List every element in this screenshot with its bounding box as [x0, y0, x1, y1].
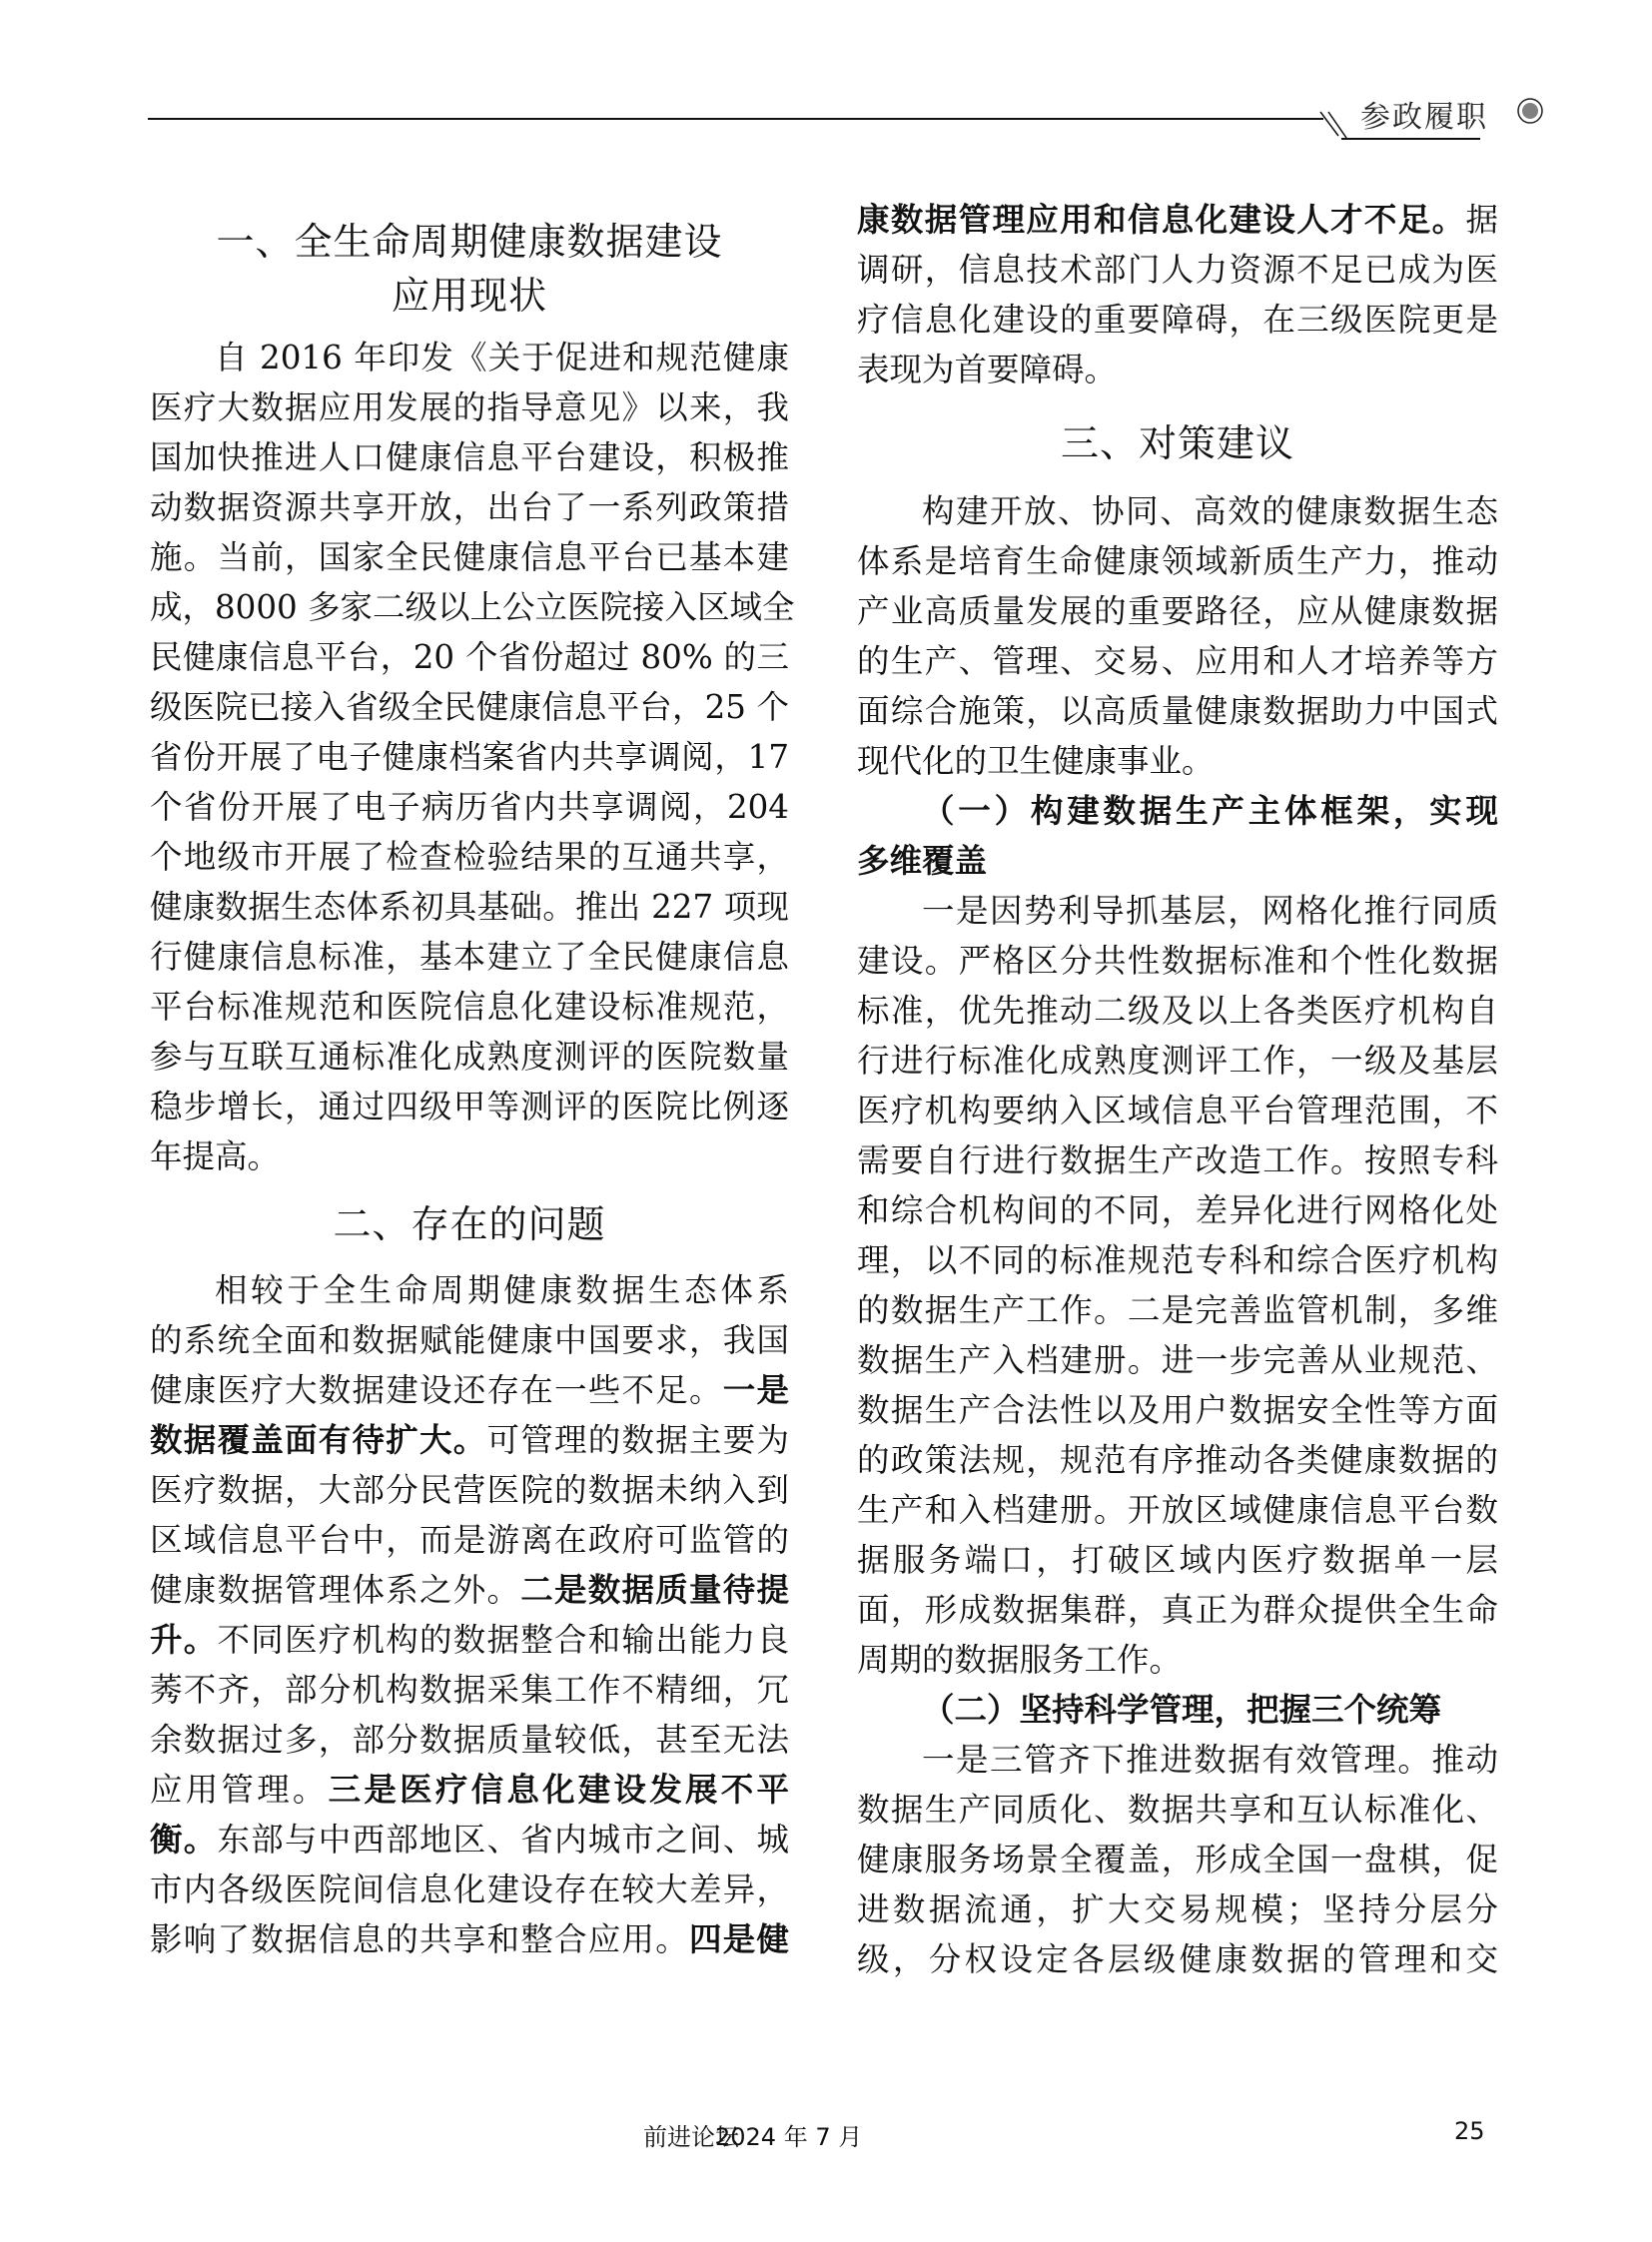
- text-line: 一是三管齐下推进数据有效管理。推动: [857, 1735, 1498, 1785]
- text-line: 级，分权设定各层级健康数据的管理和交: [857, 1934, 1498, 1984]
- text-line: 需要自行进行数据生产改造工作。按照专科: [857, 1135, 1498, 1185]
- text-line: 行健康信息标准，基本建立了全民健康信息: [150, 932, 789, 982]
- text-line: 数据生产入档建册。进一步完善从业规范、: [857, 1335, 1498, 1385]
- issue-date: 2024 年 7 月: [715, 2117, 862, 2152]
- emphasis-text: 康数据管理应用和信息化建设人才不足。: [857, 201, 1465, 239]
- text-line: 体系是培育生命健康领域新质生产力，推动: [857, 536, 1498, 586]
- text-line: 和综合机构间的不同，差异化进行网格化处: [857, 1185, 1498, 1235]
- emphasis-text: 数据覆盖面有待扩大。: [150, 1421, 486, 1459]
- text-line: 面，形成数据集群，真正为群众提供全生命: [857, 1585, 1498, 1635]
- page-footer: 前进论坛 2024 年 7 月 25: [0, 2117, 1652, 2157]
- text-line: 表现为首要障碍。: [857, 345, 1498, 394]
- text-line: 康数据管理应用和信息化建设人才不足。据: [857, 195, 1498, 245]
- text-line: 衡。东部与中西部地区、省内城市之间、城: [150, 1815, 789, 1865]
- text-line: 一是因势利导抓基层，网格化推行同质: [857, 886, 1498, 936]
- text-line: 数据生产同质化、数据共享和互认标准化、: [857, 1785, 1498, 1835]
- text-line: 省份开展了电子健康档案省内共享调阅，17: [150, 732, 789, 782]
- text-line: 的政策法规，规范有序推动各类健康数据的: [857, 1435, 1498, 1485]
- section3-title: 三、对策建议: [857, 416, 1498, 470]
- text-line: 健康医疗大数据建设还存在一些不足。一是: [150, 1365, 789, 1415]
- text-line: 个省份开展了电子病历省内共享调阅，204: [150, 782, 789, 832]
- text-line: 医疗数据，大部分民营医院的数据未纳入到: [150, 1465, 789, 1515]
- text-line: 参与互联互通标准化成熟度测评的医院数量: [150, 1032, 789, 1082]
- text-line: 莠不齐，部分机构数据采集工作不精细，冗: [150, 1665, 789, 1715]
- text-line: 健康服务场景全覆盖，形成全国一盘棋，促: [857, 1835, 1498, 1884]
- section2-title: 二、存在的问题: [150, 1197, 789, 1251]
- text-line: 调研，信息技术部门人力资源不足已成为医: [857, 245, 1498, 295]
- text-line: 建设。严格区分共性数据标准和个性化数据: [857, 936, 1498, 986]
- text-line: 健康数据生态体系初具基础。推出 227 项现: [150, 882, 789, 932]
- text-line: 理，以不同的标准规范专科和综合医疗机构: [857, 1235, 1498, 1285]
- text-line: 应用管理。三是医疗信息化建设发展不平: [150, 1765, 789, 1815]
- text-line: 标准，优先推动二级及以上各类医疗机构自: [857, 986, 1498, 1036]
- right-column: 康数据管理应用和信息化建设人才不足。据调研，信息技术部门人力资源不足已成为医疗信…: [857, 195, 1498, 1984]
- text-line: 余数据过多，部分数据质量较低，甚至无法: [150, 1715, 789, 1765]
- target-circle-icon: [1515, 96, 1545, 126]
- text-line: 年提高。: [150, 1131, 789, 1181]
- text-line: 相较于全生命周期健康数据生态体系: [150, 1265, 789, 1315]
- text-line: 据服务端口，打破区域内医疗数据单一层: [857, 1535, 1498, 1585]
- text-line: 个地级市开展了检查检验结果的互通共享，: [150, 832, 789, 882]
- emphasis-text: 四是健: [689, 1920, 789, 1958]
- header-rule-graphic: [0, 0, 1652, 160]
- subsection1-paragraph: 一是因势利导抓基层，网格化推行同质 建设。严格区分共性数据标准和个性化数据 标准…: [857, 886, 1498, 1685]
- text-line: 自 2016 年印发《关于促进和规范健康: [150, 333, 789, 382]
- text-line: 的系统全面和数据赋能健康中国要求，我国: [150, 1315, 789, 1365]
- text-line: 面综合施策，以高质量健康数据助力中国式: [857, 686, 1498, 736]
- text-line: 健康数据管理体系之外。二是数据质量待提: [150, 1565, 789, 1615]
- continuation-paragraph: 康数据管理应用和信息化建设人才不足。据调研，信息技术部门人力资源不足已成为医疗信…: [857, 195, 1498, 394]
- subsection2-title: （二）坚持科学管理，把握三个统筹: [857, 1685, 1498, 1735]
- section1-title-line1: 一、全生命周期健康数据建设: [150, 215, 789, 269]
- text-line: 医疗机构要纳入区域信息平台管理范围，不: [857, 1086, 1498, 1135]
- text-line: 的数据生产工作。二是完善监管机制，多维: [857, 1285, 1498, 1335]
- text-line: 动数据资源共享开放，出台了一系列政策措: [150, 482, 789, 532]
- text-line: 升。不同医疗机构的数据整合和输出能力良: [150, 1615, 789, 1665]
- section1-title-line2: 应用现状: [150, 269, 789, 323]
- text-line: 的生产、管理、交易、应用和人才培养等方: [857, 636, 1498, 686]
- text-line: 成，8000 多家二级以上公立医院接入区域全: [150, 582, 789, 632]
- text-line: 进数据流通，扩大交易规模；坚持分层分: [857, 1884, 1498, 1934]
- text-line: 数据覆盖面有待扩大。可管理的数据主要为: [150, 1415, 789, 1465]
- text-line: 施。当前，国家全民健康信息平台已基本建: [150, 532, 789, 582]
- emphasis-text: 二是数据质量待提: [520, 1571, 789, 1609]
- text-line: 现代化的卫生健康事业。: [857, 736, 1498, 786]
- text-line: 平台标准规范和医院信息化建设标准规范，: [150, 982, 789, 1032]
- section1-paragraph: 自 2016 年印发《关于促进和规范健康 医疗大数据应用发展的指导意见》以来，我…: [150, 333, 789, 1181]
- emphasis-text: 三是医疗信息化建设发展不平: [329, 1771, 789, 1809]
- subsection1-title-line1: （一）构建数据生产主体框架，实现: [857, 786, 1498, 836]
- text-line: 产业高质量发展的重要路径，应从健康数据: [857, 586, 1498, 636]
- text-line: 影响了数据信息的共享和整合应用。四是健: [150, 1914, 789, 1964]
- text-line: 周期的数据服务工作。: [857, 1635, 1498, 1685]
- running-header: 参政履职: [0, 0, 1652, 160]
- section3-intro: 构建开放、协同、高效的健康数据生态 体系是培育生命健康领域新质生产力，推动 产业…: [857, 486, 1498, 786]
- emphasis-text: 一是: [723, 1371, 789, 1409]
- text-line: 构建开放、协同、高效的健康数据生态: [857, 486, 1498, 536]
- section2-paragraph: 相较于全生命周期健康数据生态体系的系统全面和数据赋能健康中国要求，我国健康医疗大…: [150, 1265, 789, 1964]
- text-line: 疗信息化建设的重要障碍，在三级医院更是: [857, 295, 1498, 345]
- text-line: 行进行标准化成熟度测评工作，一级及基层: [857, 1036, 1498, 1086]
- text-line: 区域信息平台中，而是游离在政府可监管的: [150, 1515, 789, 1565]
- text-line: 生产和入档建册。开放区域健康信息平台数: [857, 1485, 1498, 1535]
- left-column: 一、全生命周期健康数据建设 应用现状 自 2016 年印发《关于促进和规范健康 …: [150, 195, 789, 1964]
- text-line: 医疗大数据应用发展的指导意见》以来，我: [150, 382, 789, 432]
- section-tag: 参政履职: [1360, 92, 1488, 136]
- page-number: 25: [1454, 2117, 1485, 2145]
- text-line: 级医院已接入省级全民健康信息平台，25 个: [150, 682, 789, 732]
- emphasis-text: 衡。: [150, 1821, 218, 1859]
- text-line: 民健康信息平台，20 个省份超过 80% 的三: [150, 632, 789, 682]
- text-line: 市内各级医院间信息化建设存在较大差异，: [150, 1865, 789, 1914]
- text-line: 稳步增长，通过四级甲等测评的医院比例逐: [150, 1082, 789, 1131]
- emphasis-text: 升。: [150, 1621, 218, 1659]
- text-line: 国加快推进人口健康信息平台建设，积极推: [150, 432, 789, 482]
- subsection1-title-line2: 多维覆盖: [857, 836, 1498, 886]
- subsection2-paragraph: 一是三管齐下推进数据有效管理。推动 数据生产同质化、数据共享和互认标准化、 健康…: [857, 1735, 1498, 1984]
- text-line: 数据生产合法性以及用户数据安全性等方面: [857, 1385, 1498, 1435]
